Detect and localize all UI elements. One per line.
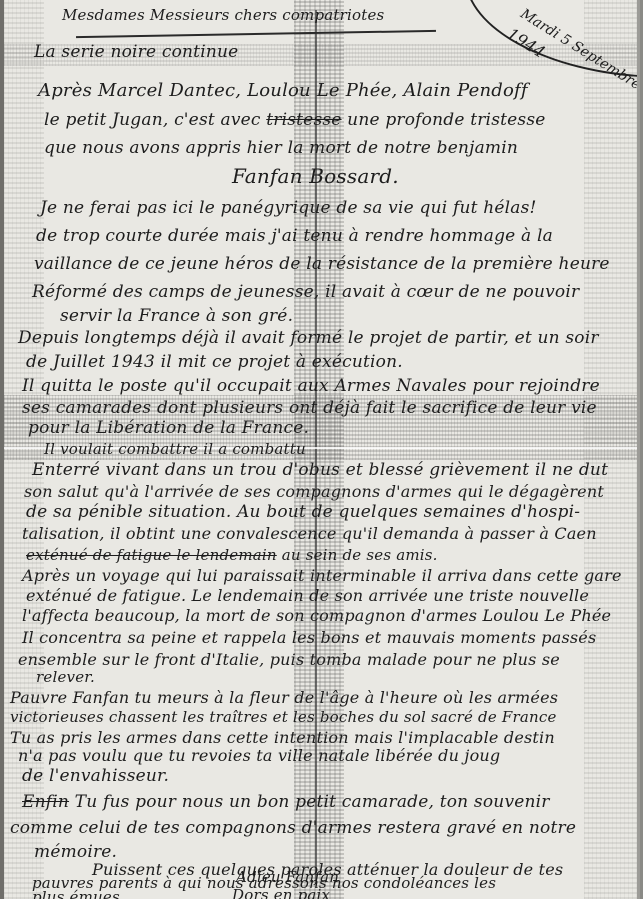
letter-line: que nous avons appris hier la mort de no… bbox=[44, 138, 518, 158]
letter-line: de trop courte durée mais j'ai tenu à re… bbox=[36, 226, 553, 246]
farewell: Dors en paix bbox=[232, 886, 330, 899]
letter-line: Enfin Tu fus pour nous un bon petit cama… bbox=[22, 792, 550, 812]
letter-line: comme celui de tes compagnons d'armes re… bbox=[10, 818, 576, 838]
letter-line: ensemble sur le front d'Italie, puis tom… bbox=[18, 650, 560, 669]
text-span: le petit Jugan, c'est avec bbox=[44, 110, 261, 130]
letter-line: Enterré vivant dans un trou d'obus et bl… bbox=[32, 460, 608, 480]
letter-line: Tu as pris les armes dans cette intentio… bbox=[10, 728, 555, 747]
letter-line: de Juillet 1943 il mit ce projet à exécu… bbox=[26, 352, 403, 372]
letter-line: l'affecta beaucoup, la mort de son compa… bbox=[22, 606, 611, 625]
text-span: au sein de ses amis. bbox=[282, 546, 438, 564]
letter-line: mémoire. bbox=[34, 842, 117, 862]
deceased-name: Fanfan Bossard. bbox=[232, 164, 399, 188]
letter-line: Après Marcel Dantec, Loulou Le Phée, Ala… bbox=[38, 80, 528, 101]
letter-line: exténué de fatigue. Le lendemain de son … bbox=[26, 586, 589, 605]
letter-line: n'a pas voulu que tu revoies ta ville na… bbox=[18, 746, 500, 765]
letter-line: vaillance de ce jeune héros de la résist… bbox=[34, 254, 610, 274]
letter-line: de sa pénible situation. Au bout de quel… bbox=[26, 502, 580, 522]
letter-line: La serie noire continue bbox=[34, 42, 238, 62]
scan-edge-right bbox=[637, 0, 640, 899]
letter-line: Depuis longtemps déjà il avait formé le … bbox=[18, 328, 599, 348]
letter-line: pour la Libération de la France. bbox=[28, 418, 309, 438]
letter-line: victorieuses chassent les traîtres et le… bbox=[10, 708, 557, 726]
letter-line: Pauvre Fanfan tu meurs à la fleur de l'â… bbox=[10, 688, 558, 707]
text-span: Tu fus pour nous un bon petit camarade, … bbox=[75, 792, 550, 812]
letter-line: son salut qu'à l'arrivée de ses compagno… bbox=[24, 482, 604, 501]
text-span: une profonde tristesse bbox=[347, 110, 545, 130]
farewell: Adieu Fanfan bbox=[236, 868, 339, 886]
letter-line: talisation, il obtint une convalescence … bbox=[22, 524, 597, 543]
letter-line: Après un voyage qui lui paraissait inter… bbox=[22, 566, 622, 585]
salutation: Mesdames Messieurs chers compatriotes bbox=[62, 6, 384, 24]
letter-line: Il concentra sa peine et rappela les bon… bbox=[22, 628, 596, 647]
letter-line: plus émues bbox=[32, 888, 120, 899]
letter-line: Je ne ferai pas ici le panégyrique de sa… bbox=[40, 198, 537, 218]
letter-line: Réformé des camps de jeunesse, il avait … bbox=[32, 282, 579, 302]
struck-word: Enfin bbox=[22, 792, 69, 812]
letter-line: le petit Jugan, c'est avec tristesse une… bbox=[44, 110, 546, 130]
letter-line: relever. bbox=[36, 668, 95, 686]
letter-line: de l'envahisseur. bbox=[22, 766, 169, 786]
letter-line: servir la France à son gré. bbox=[60, 306, 293, 326]
letter-page: Mardi 5 Septembre 1944 Mesdames Messieur… bbox=[4, 0, 640, 899]
letter-line: Il quitta le poste qu'il occupait aux Ar… bbox=[22, 376, 600, 396]
letter-line: Il voulait combattre il a combattu bbox=[44, 440, 306, 458]
salutation-underline bbox=[76, 30, 436, 38]
letter-line: exténué de fatigue le lendemain au sein … bbox=[26, 546, 438, 564]
letter-line: ses camarades dont plusieurs ont déjà fa… bbox=[22, 398, 597, 418]
struck-word: tristesse bbox=[266, 110, 341, 130]
struck-phrase: exténué de fatigue le lendemain bbox=[26, 546, 277, 564]
